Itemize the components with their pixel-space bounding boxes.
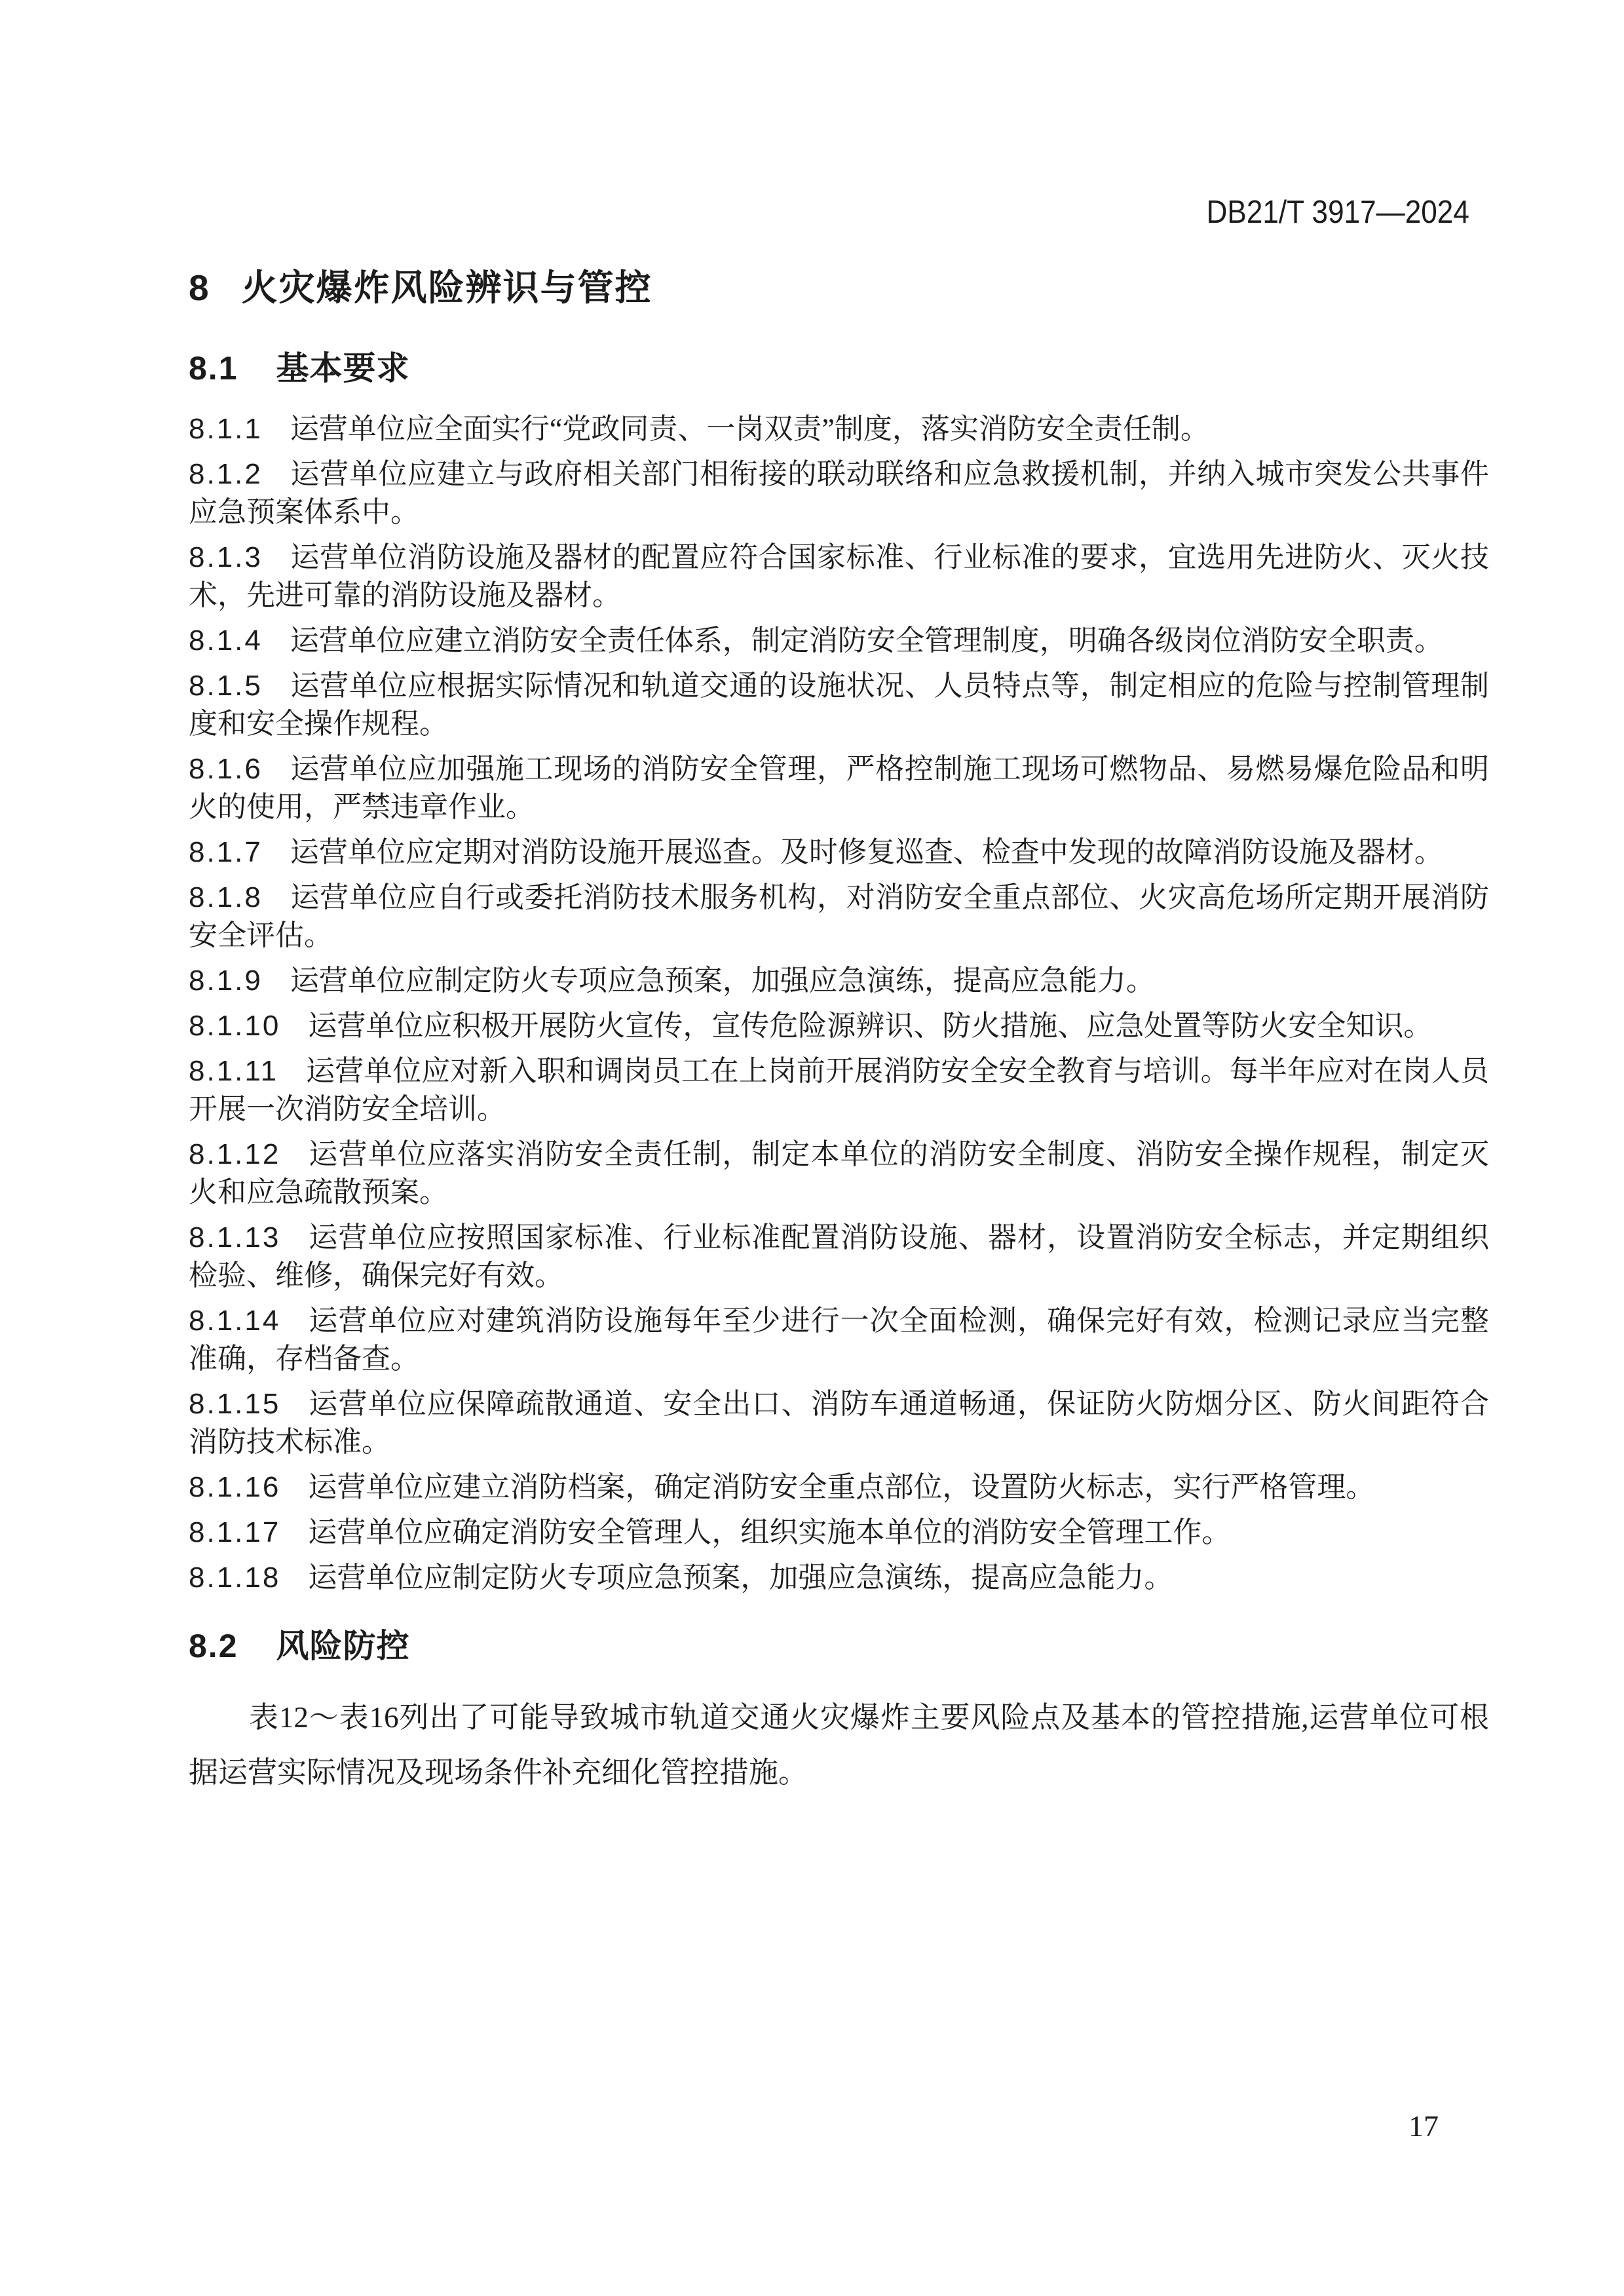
clause-number: 8.1.3 [189, 541, 263, 573]
clause-text: 运营单位应落实消防安全责任制，制定本单位的消防安全制度、消防安全操作规程，制定灭… [189, 1138, 1489, 1208]
clause-text: 运营单位应对建筑消防设施每年至少进行一次全面检测，确保完好有效，检测记录应当完整… [189, 1305, 1489, 1375]
document-page: DB21/T 3917—2024 8火灾爆炸风险辨识与管控 8.1基本要求 8.… [0, 0, 1624, 2296]
clause-text: 运营单位应全面实行“党政同责、一岗双责”制度，落实消防安全责任制。 [290, 413, 1209, 445]
clause-text: 运营单位消防设施及器材的配置应符合国家标准、行业标准的要求，宜选用先进防火、灭火… [189, 541, 1489, 611]
clause-text: 运营单位应按照国家标准、行业标准配置消防设施、器材，设置消防安全标志，并定期组织… [189, 1221, 1489, 1291]
clause-text: 运营单位应积极开展防火宣传，宣传危险源辨识、防火措施、应急处置等防火安全知识。 [308, 1010, 1432, 1042]
section-8-1-number: 8.1 [189, 350, 238, 387]
section-8-2-title: 风险防控 [276, 1628, 410, 1664]
clause-number: 8.1.6 [189, 753, 263, 785]
clause-text: 运营单位应加强施工现场的消防安全管理，严格控制施工现场可燃物品、易燃易爆危险品和… [189, 753, 1489, 823]
clause: 8.1.11运营单位应对新入职和调岗员工在上岗前开展消防安全安全教育与培训。每半… [189, 1052, 1489, 1128]
clause: 8.1.12运营单位应落实消防安全责任制，制定本单位的消防安全制度、消防安全操作… [189, 1136, 1489, 1212]
clause-number: 8.1.15 [189, 1388, 280, 1420]
clause-number: 8.1.14 [189, 1305, 280, 1337]
clause: 8.1.4运营单位应建立消防安全责任体系，制定消防安全管理制度，明确各级岗位消防… [189, 622, 1489, 660]
clause-number: 8.1.11 [189, 1055, 278, 1087]
clause: 8.1.15运营单位应保障疏散通道、安全出口、消防车通道畅通，保证防火防烟分区、… [189, 1385, 1489, 1461]
clause-text: 运营单位应建立消防安全责任体系，制定消防安全管理制度，明确各级岗位消防安全职责。 [290, 624, 1443, 657]
section-8-2-heading: 8.2风险防控 [189, 1630, 1489, 1662]
clause: 8.1.6运营单位应加强施工现场的消防安全管理，严格控制施工现场可燃物品、易燃易… [189, 750, 1489, 826]
clause-text: 运营单位应建立消防档案，确定消防安全重点部位，设置防火标志，实行严格管理。 [308, 1471, 1374, 1503]
clause-number: 8.1.7 [189, 836, 263, 868]
clause-number: 8.1.17 [189, 1516, 280, 1548]
clause: 8.1.1运营单位应全面实行“党政同责、一岗双责”制度，落实消防安全责任制。 [189, 410, 1489, 448]
page-content: 8火灾爆炸风险辨识与管控 8.1基本要求 8.1.1运营单位应全面实行“党政同责… [189, 0, 1489, 1800]
clause: 8.1.5运营单位应根据实际情况和轨道交通的设施状况、人员特点等，制定相应的危险… [189, 667, 1489, 743]
chapter-number: 8 [189, 267, 209, 308]
clause-text: 运营单位应根据实际情况和轨道交通的设施状况、人员特点等，制定相应的危险与控制管理… [189, 670, 1489, 740]
clause: 8.1.9运营单位应制定防火专项应急预案，加强应急演练，提高应急能力。 [189, 962, 1489, 1000]
clause: 8.1.2运营单位应建立与政府相关部门相衔接的联动联络和应急救援机制，并纳入城市… [189, 455, 1489, 531]
clause-number: 8.1.13 [189, 1221, 280, 1253]
section-8-1-heading: 8.1基本要求 [189, 352, 1489, 385]
page-number: 17 [1408, 2111, 1439, 2141]
clause-number: 8.1.10 [189, 1010, 280, 1042]
clause: 8.1.18运营单位应制定防火专项应急预案，加强应急演练，提高应急能力。 [189, 1559, 1489, 1597]
clause-number: 8.1.9 [189, 965, 263, 997]
clause-text: 运营单位应建立与政府相关部门相衔接的联动联络和应急救援机制，并纳入城市突发公共事… [189, 458, 1489, 528]
clause-number: 8.1.2 [189, 458, 263, 490]
clause-number: 8.1.12 [189, 1138, 280, 1170]
section-8-2-number: 8.2 [189, 1628, 238, 1664]
clause-text: 运营单位应自行或委托消防技术服务机构，对消防安全重点部位、火灾高危场所定期开展消… [189, 881, 1489, 951]
clause-number: 8.1.8 [189, 881, 263, 913]
clause: 8.1.7运营单位应定期对消防设施开展巡查。及时修复巡查、检查中发现的故障消防设… [189, 833, 1489, 871]
chapter-heading: 8火灾爆炸风险辨识与管控 [189, 270, 1489, 306]
clause-text: 运营单位应定期对消防设施开展巡查。及时修复巡查、检查中发现的故障消防设施及器材。 [290, 836, 1443, 868]
clause-text: 运营单位应确定消防安全管理人，组织实施本单位的消防安全管理工作。 [308, 1516, 1230, 1548]
clause: 8.1.16运营单位应建立消防档案，确定消防安全重点部位，设置防火标志，实行严格… [189, 1468, 1489, 1506]
clause-text: 运营单位应制定防火专项应急预案，加强应急演练，提高应急能力。 [290, 965, 1155, 997]
clause-text: 运营单位应制定防火专项应急预案，加强应急演练，提高应急能力。 [308, 1561, 1173, 1594]
clause-text: 运营单位应对新入职和调岗员工在上岗前开展消防安全安全教育与培训。每半年应对在岗人… [189, 1055, 1489, 1125]
section-8-1-title: 基本要求 [276, 350, 410, 387]
clause-number: 8.1.16 [189, 1471, 280, 1503]
clause: 8.1.13运营单位应按照国家标准、行业标准配置消防设施、器材，设置消防安全标志… [189, 1219, 1489, 1295]
clause: 8.1.14运营单位应对建筑消防设施每年至少进行一次全面检测，确保完好有效，检测… [189, 1302, 1489, 1378]
clause-number: 8.1.5 [189, 670, 263, 702]
chapter-title: 火灾爆炸风险辨识与管控 [242, 267, 652, 308]
clause: 8.1.3运营单位消防设施及器材的配置应符合国家标准、行业标准的要求，宜选用先进… [189, 539, 1489, 615]
clause-list: 8.1.1运营单位应全面实行“党政同责、一岗双责”制度，落实消防安全责任制。 8… [189, 410, 1489, 1597]
clause: 8.1.10运营单位应积极开展防火宣传，宣传危险源辨识、防火措施、应急处置等防火… [189, 1007, 1489, 1045]
clause-number: 8.1.18 [189, 1561, 280, 1594]
clause: 8.1.17运营单位应确定消防安全管理人，组织实施本单位的消防安全管理工作。 [189, 1514, 1489, 1552]
clause-number: 8.1.4 [189, 624, 263, 657]
clause-number: 8.1.1 [189, 413, 263, 445]
clause-text: 运营单位应保障疏散通道、安全出口、消防车通道畅通，保证防火防烟分区、防火间距符合… [189, 1388, 1489, 1458]
section-8-2-paragraph: 表12～表16列出了可能导致城市轨道交通火灾爆炸主要风险点及基本的管控措施,运营… [189, 1690, 1489, 1800]
clause: 8.1.8运营单位应自行或委托消防技术服务机构，对消防安全重点部位、火灾高危场所… [189, 879, 1489, 955]
